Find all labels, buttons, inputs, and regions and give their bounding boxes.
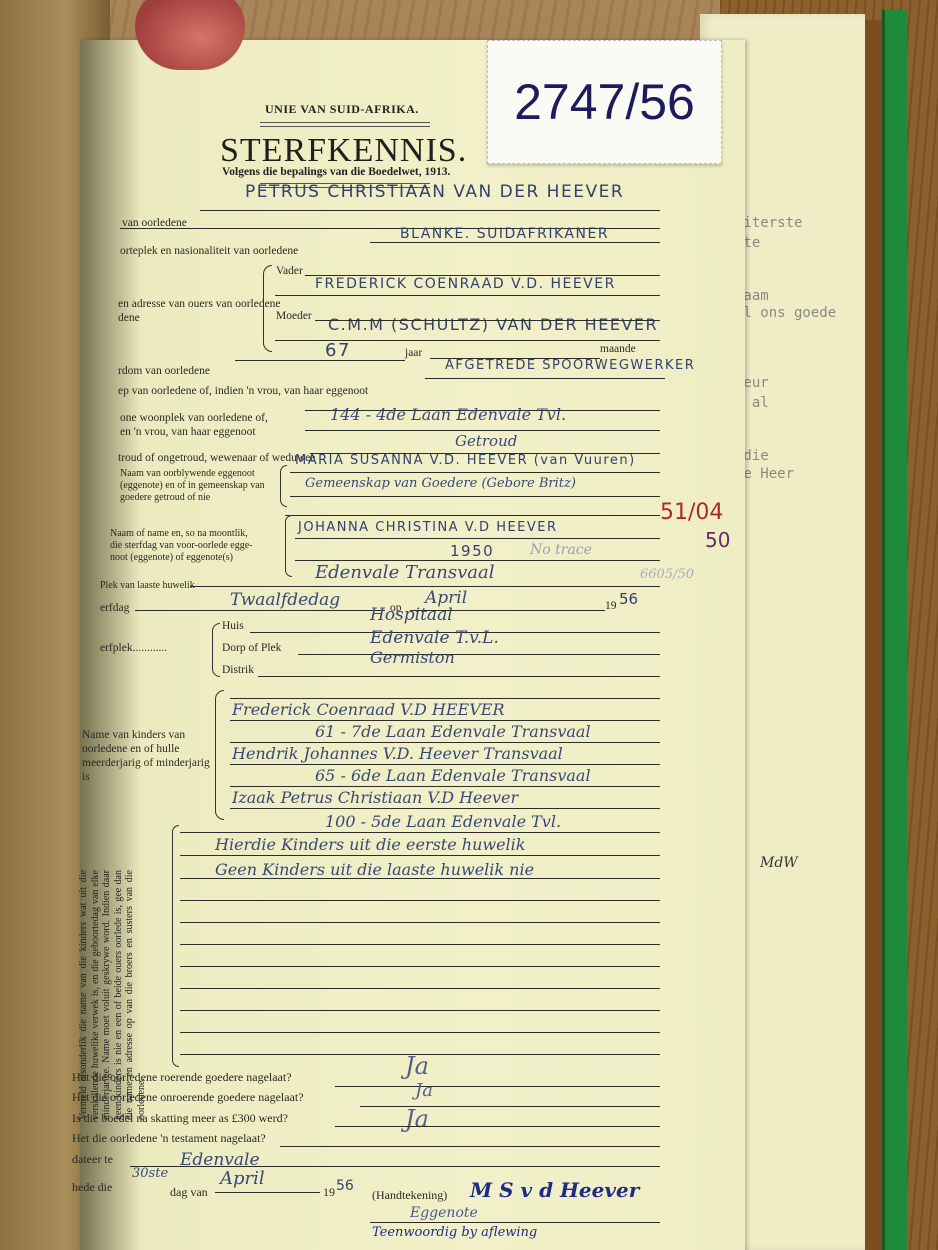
district-value: Germiston <box>370 648 455 667</box>
line <box>275 295 660 296</box>
death-year-prefix: 19 <box>605 600 617 612</box>
line <box>370 242 660 243</box>
spouse-value: MARIA SUSANNA V.D. HEEVER (van Vuuren) <box>295 453 636 468</box>
death-year-value: 56 <box>619 590 638 608</box>
line <box>130 1166 660 1167</box>
line <box>180 878 660 879</box>
spouse-label: (eggenote) en of in gemeenskap van <box>120 480 265 491</box>
line <box>230 698 660 699</box>
country-heading: UNIE VAN SUID-AFRIKA. <box>265 102 419 117</box>
death-day-label: erfdag <box>100 602 129 614</box>
line <box>215 1192 320 1193</box>
line <box>235 360 405 361</box>
red-reference-number: 51/04 <box>660 500 723 525</box>
marital-label: troud of ongetroud, wewenaar of weduwee <box>118 452 315 464</box>
predeceased-label: die sterfdag van voor-oorlede egge- <box>110 540 253 551</box>
line <box>305 430 660 431</box>
marriage-place-label: Plek van laaste huwelik <box>100 580 195 591</box>
movable-property-label: Het die oorledene roerende goedere nagel… <box>72 1070 292 1085</box>
deceased-name: PETRUS CHRISTIAAN VAN DER HEEVER <box>245 182 624 202</box>
line <box>135 610 385 611</box>
line <box>180 944 660 945</box>
line <box>295 560 660 561</box>
pencil-note: 6605/50 <box>640 567 694 582</box>
today-year-prefix: 19 <box>323 1185 335 1200</box>
child-entry: Izaak Petrus Christiaan V.D Heever <box>232 788 518 807</box>
form-subtitle: Volgens die bepalings van die Boedelwet,… <box>222 166 450 178</box>
father-value: FREDERICK COENRAAD V.D. HEEVER <box>315 276 616 292</box>
line <box>180 855 660 856</box>
occupation-label: ep van oorledene of, indien 'n vrou, van… <box>118 385 368 397</box>
parents-label: en adresse van ouers van oorledene <box>118 298 281 310</box>
typed-line: al ons goede <box>735 305 836 321</box>
line <box>370 1222 660 1223</box>
house-value: Hospitaal <box>370 605 453 625</box>
signature: M S v d Heever <box>470 1178 639 1202</box>
age-years-label: jaar <box>405 347 422 359</box>
line <box>230 786 660 787</box>
predeceased-label: noot (eggenote) of eggenote(s) <box>110 552 233 563</box>
today-year: 56 <box>336 1178 354 1194</box>
pencil-note: No trace <box>530 542 592 558</box>
red-reference-number-2: 50 <box>705 528 730 552</box>
residence-value: 144 - 4de Laan Edenvale Tvl. <box>330 405 566 424</box>
spouse-label: goedere getroud of nie <box>120 492 210 503</box>
line <box>315 320 660 321</box>
line <box>180 988 660 989</box>
residence-label: en 'n vrou, van haar eggenoot <box>120 426 256 438</box>
birthplace-label: orteplek en nasionaliteit van oorledene <box>120 245 298 257</box>
will-label: Het die oorledene 'n testament nagelaat? <box>72 1131 266 1146</box>
line <box>295 538 660 539</box>
line <box>335 1126 660 1127</box>
town-value: Edenvale T.v.L. <box>370 628 499 648</box>
brace <box>172 825 179 1067</box>
immovable-property-label: Het die oorledene onroerende goedere nag… <box>72 1090 304 1105</box>
father-label: Vader <box>276 265 303 277</box>
age-value: 67 <box>325 340 351 361</box>
green-binding <box>882 10 907 1250</box>
brace <box>215 690 224 820</box>
predeceased-value: JOHANNA CHRISTINA V.D HEEVER <box>298 520 558 535</box>
child-address: 61 - 7de Laan Edenvale Transvaal <box>315 722 591 741</box>
child-entry: Hendrik Johannes V.D. Heever Transvaal <box>232 744 563 763</box>
age-months-label: maande <box>600 343 636 355</box>
age-label: rdom van oorledene <box>118 365 210 377</box>
typed-line: uiterste <box>735 215 802 231</box>
today-label: hede die <box>72 1180 112 1195</box>
brace <box>280 465 287 507</box>
line <box>180 1010 660 1011</box>
form-title: STERFKENNIS. <box>220 132 467 170</box>
immovable-property-value: Ja <box>415 1080 433 1101</box>
line <box>305 275 660 276</box>
line <box>230 742 660 743</box>
case-number-sticker: 2747/56 <box>487 40 722 164</box>
children-note: Hierdie Kinders uit die eerste huwelik <box>215 835 525 854</box>
today-month-label: dag van <box>170 1185 208 1200</box>
marriage-place-value: Edenvale Transvaal <box>315 562 495 583</box>
signer-role-note: Teenwoordig by aflewing <box>372 1225 537 1240</box>
line <box>285 515 660 516</box>
thumb <box>135 0 245 70</box>
line <box>180 922 660 923</box>
predeceased-label: Naam of name en, so na moontlik, <box>110 528 248 539</box>
today-day: 30ste <box>132 1166 168 1181</box>
line <box>180 1032 660 1033</box>
line <box>425 378 665 379</box>
dated-label: dateer te <box>72 1152 113 1167</box>
line <box>290 472 660 473</box>
marital-value: Getroud <box>455 432 517 450</box>
estate-value-label: Is die boedel na skatting meer as £300 w… <box>72 1111 288 1126</box>
line <box>280 1146 660 1147</box>
line <box>230 720 660 721</box>
house-label: Huis <box>222 620 244 632</box>
line <box>190 586 660 587</box>
parents-label: dene <box>118 312 140 324</box>
line <box>180 900 660 901</box>
children-note: Geen Kinders uit die laaste huwelik nie <box>215 860 534 879</box>
signer-role: Eggenote <box>410 1205 478 1221</box>
line <box>230 764 660 765</box>
line <box>298 654 660 655</box>
death-place-label: erfplek............ <box>100 642 167 654</box>
mother-value: C.M.M (SCHULTZ) VAN DER HEEVER <box>328 315 658 334</box>
estate-value-answer: Ja <box>405 1105 429 1133</box>
dated-value: Edenvale <box>180 1150 260 1170</box>
line <box>230 808 660 809</box>
line <box>180 832 660 833</box>
line <box>335 1086 660 1087</box>
case-number: 2747/56 <box>514 73 695 131</box>
spouse-label: Naam van oorblywende eggenoot <box>120 468 255 479</box>
spouse-property: Gemeenskap van Goedere (Gebore Britz) <box>305 476 576 491</box>
divider <box>260 122 430 127</box>
line <box>290 496 660 497</box>
brace <box>212 623 220 677</box>
movable-property-value: Ja <box>405 1052 429 1080</box>
line <box>180 966 660 967</box>
child-entry: Frederick Coenraad V.D HEEVER <box>232 700 505 719</box>
town-label: Dorp of Plek <box>222 642 281 654</box>
birthplace-value: BLANKE. SUIDAFRIKANER <box>400 226 609 242</box>
signature-label: (Handtekening) <box>372 1188 447 1203</box>
initials: MdW <box>760 855 798 871</box>
district-label: Distrik <box>222 664 254 676</box>
brace <box>285 515 292 577</box>
death-notice-form: UNIE VAN SUID-AFRIKA. STERFKENNIS. Volge… <box>80 40 745 1250</box>
today-month: April <box>220 1168 265 1189</box>
child-address: 65 - 6de Laan Edenvale Transvaal <box>315 766 591 785</box>
child-address: 100 - 5de Laan Edenvale Tvl. <box>325 812 561 831</box>
predeceased-year: 1950 <box>450 542 494 560</box>
death-day-value: Twaalfdedag <box>230 590 340 610</box>
mother-label: Moeder <box>276 310 312 322</box>
occupation-value: AFGETREDE SPOORWEGWERKER <box>445 358 695 373</box>
children-label: Name van kinders van oorledene en of hul… <box>82 728 212 784</box>
line <box>258 676 660 677</box>
residence-label: one woonplek van oorledene of, <box>120 412 268 424</box>
line <box>200 210 660 211</box>
